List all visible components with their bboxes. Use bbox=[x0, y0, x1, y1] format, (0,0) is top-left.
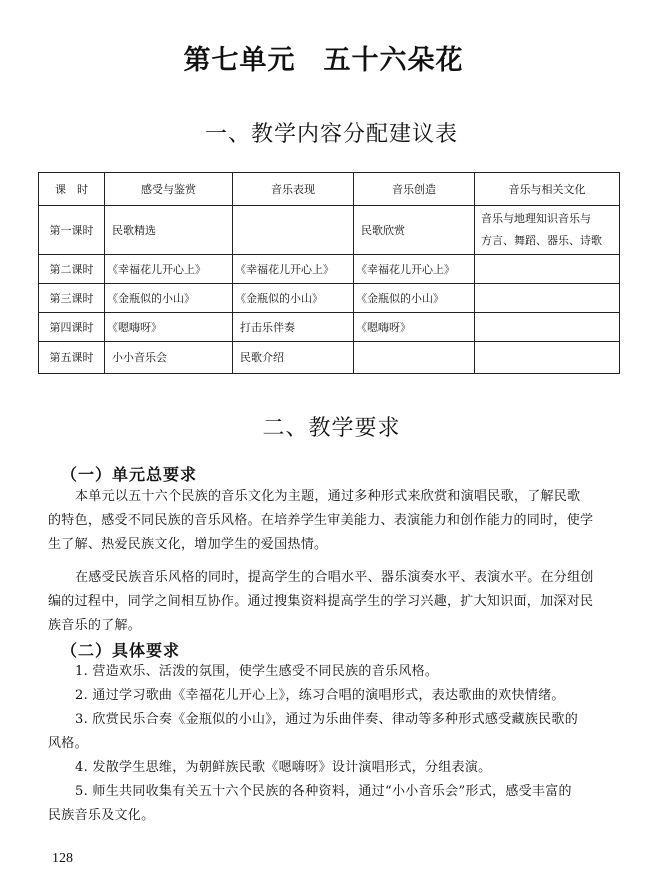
unit-title: 第七单元五十六朵花 bbox=[0, 38, 647, 77]
creation-cell: 《幸福花儿开心上》 bbox=[354, 255, 475, 284]
text-line: 生了解、热爱民族文化，增加学生的爱国热情。 bbox=[48, 533, 611, 557]
lesson-cell: 第四课时 bbox=[39, 313, 105, 342]
creation-cell: 民歌欣赏 bbox=[354, 206, 475, 255]
list-item: 3. 欣赏民乐合奏《金瓶似的小山》，通过为乐曲伴奏、律动等多种形式感受藏族民歌的 bbox=[48, 708, 611, 732]
unit-number: 第七单元 bbox=[184, 45, 296, 76]
appreciation-cell: 小小音乐会 bbox=[105, 342, 233, 374]
paragraph-overall-2: 在感受民族音乐风格的同时，提高学生的合唱水平、器乐演奏水平、表演水平。在分组创 … bbox=[48, 566, 611, 638]
column-header: 音乐与相关文化 bbox=[475, 173, 620, 206]
text-line: 编的过程中，同学之间相互协作。通过搜集资料提高学生的学习兴趣，扩大知识面，加深对… bbox=[48, 590, 611, 614]
table-row: 第四课时 《嗯嗨呀》 打击乐伴奏 《嗯嗨呀》 bbox=[39, 313, 620, 342]
specific-requirements-list: 1. 营造欢乐、活泼的氛围，使学生感受不同民族的音乐风格。 2. 通过学习歌曲《… bbox=[48, 660, 611, 828]
column-header: 感受与鉴赏 bbox=[105, 173, 233, 206]
unit-name: 五十六朵花 bbox=[324, 45, 464, 76]
page-number: 128 bbox=[52, 851, 73, 867]
list-item: 4. 发散学生思维，为朝鲜族民歌《嗯嗨呀》设计演唱形式，分组表演。 bbox=[48, 756, 611, 780]
table-header-row: 课 时 感受与鉴赏 音乐表现 音乐创造 音乐与相关文化 bbox=[39, 173, 620, 206]
appreciation-cell: 民歌精选 bbox=[105, 206, 233, 255]
text-line: 的特色，感受不同民族的音乐风格。在培养学生审美能力、表演能力和创作能力的同时，使… bbox=[48, 509, 611, 533]
column-header: 课 时 bbox=[39, 173, 105, 206]
content-allocation-table: 课 时 感受与鉴赏 音乐表现 音乐创造 音乐与相关文化 第一课时 民歌精选 民歌… bbox=[38, 172, 620, 374]
column-header: 音乐表现 bbox=[233, 173, 354, 206]
section-heading-requirements: 二、教学要求 bbox=[8, 411, 647, 442]
creation-cell: 《金瓶似的小山》 bbox=[354, 284, 475, 313]
performance-cell: 民歌介绍 bbox=[233, 342, 354, 374]
culture-cell bbox=[475, 313, 620, 342]
lesson-cell: 第一课时 bbox=[39, 206, 105, 255]
table-row: 第一课时 民歌精选 民歌欣赏 音乐与地理知识音乐与 方言、舞蹈、器乐、诗歌 bbox=[39, 206, 620, 255]
appreciation-cell: 《幸福花儿开心上》 bbox=[105, 255, 233, 284]
subsection-heading-overall: （一）单元总要求 bbox=[61, 462, 197, 485]
list-item-continuation: 民族音乐及文化。 bbox=[48, 804, 611, 828]
performance-cell bbox=[233, 206, 354, 255]
culture-cell bbox=[475, 255, 620, 284]
performance-cell: 打击乐伴奏 bbox=[233, 313, 354, 342]
list-item-continuation: 风格。 bbox=[48, 732, 611, 756]
performance-cell: 《金瓶似的小山》 bbox=[233, 284, 354, 313]
appreciation-cell: 《金瓶似的小山》 bbox=[105, 284, 233, 313]
culture-cell: 音乐与地理知识音乐与 方言、舞蹈、器乐、诗歌 bbox=[475, 206, 620, 255]
creation-cell bbox=[354, 342, 475, 374]
table-row: 第三课时 《金瓶似的小山》 《金瓶似的小山》 《金瓶似的小山》 bbox=[39, 284, 620, 313]
list-item: 1. 营造欢乐、活泼的氛围，使学生感受不同民族的音乐风格。 bbox=[48, 660, 611, 684]
text-line: 本单元以五十六个民族的音乐文化为主题，通过多种形式来欣赏和演唱民歌，了解民歌 bbox=[48, 485, 611, 509]
list-item: 2. 通过学习歌曲《幸福花儿开心上》，练习合唱的演唱形式，表达歌曲的欢快情绪。 bbox=[48, 684, 611, 708]
lesson-cell: 第五课时 bbox=[39, 342, 105, 374]
performance-cell: 《幸福花儿开心上》 bbox=[233, 255, 354, 284]
appreciation-cell: 《嗯嗨呀》 bbox=[105, 313, 233, 342]
table-row: 第五课时 小小音乐会 民歌介绍 bbox=[39, 342, 620, 374]
culture-cell bbox=[475, 284, 620, 313]
creation-cell: 《嗯嗨呀》 bbox=[354, 313, 475, 342]
list-item: 5. 师生共同收集有关五十六个民族的各种资料，通过“小小音乐会”形式，感受丰富的 bbox=[48, 780, 611, 804]
paragraph-overall-1: 本单元以五十六个民族的音乐文化为主题，通过多种形式来欣赏和演唱民歌，了解民歌 的… bbox=[48, 485, 611, 557]
culture-line: 方言、舞蹈、器乐、诗歌 bbox=[481, 230, 619, 252]
lesson-cell: 第三课时 bbox=[39, 284, 105, 313]
subsection-heading-specific: （二）具体要求 bbox=[61, 638, 180, 661]
table-row: 第二课时 《幸福花儿开心上》 《幸福花儿开心上》 《幸福花儿开心上》 bbox=[39, 255, 620, 284]
culture-line: 音乐与地理知识音乐与 bbox=[481, 208, 619, 230]
text-line: 在感受民族音乐风格的同时，提高学生的合唱水平、器乐演奏水平、表演水平。在分组创 bbox=[48, 566, 611, 590]
column-header: 音乐创造 bbox=[354, 173, 475, 206]
lesson-cell: 第二课时 bbox=[39, 255, 105, 284]
culture-cell bbox=[475, 342, 620, 374]
section-heading-allocation: 一、教学内容分配建议表 bbox=[8, 117, 647, 148]
text-line: 族音乐的了解。 bbox=[48, 614, 611, 638]
